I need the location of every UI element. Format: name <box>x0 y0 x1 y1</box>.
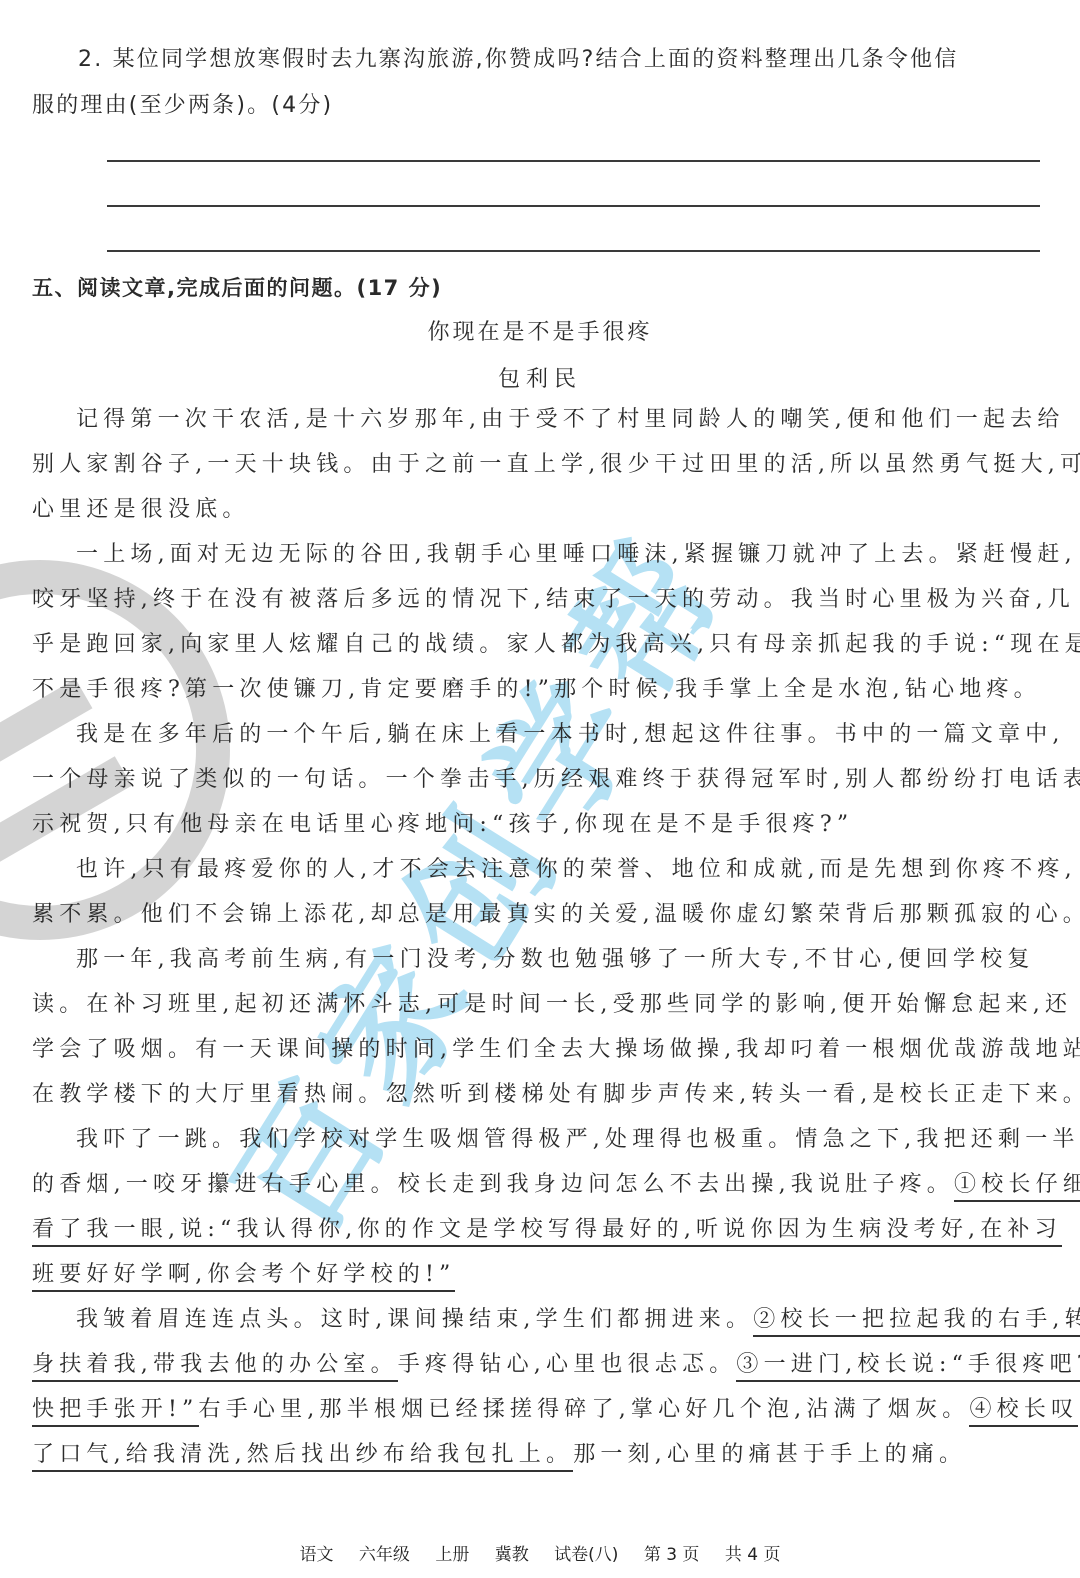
article-line: 别人家割谷子,一天十块钱。由于之前一直上学,很少干过田里的活,所以虽然勇气挺大,… <box>32 450 1042 480</box>
underlined-sentence-3: ③一进门,校长说:“手很疼吧? <box>736 1352 1080 1382</box>
footer-volume: 上册 <box>435 1545 469 1565</box>
exam-page: 百家创学帮 2. 某位同学想放寒假时去九寨沟旅游,你赞成吗?结合上面的资料整理出… <box>0 0 1080 1578</box>
article-line: 我是在多年后的一个午后,躺在床上看一本书时,想起这件往事。书中的一篇文章中, <box>32 720 1042 750</box>
article-line: 快把手张开!”右手心里,那半根烟已经揉搓得碎了,掌心好几个泡,沾满了烟灰。④校长… <box>32 1395 1042 1425</box>
underlined-sentence-2: ②校长一把拉起我的右手,转 <box>753 1307 1080 1337</box>
article-line: 一上场,面对无边无际的谷田,我朝手心里唾口唾沫,紧握镰刀就冲了上去。紧赶慢赶, <box>32 540 1042 570</box>
answer-line-2[interactable] <box>107 205 1040 207</box>
article-line: 我吓了一跳。我们学校对学生吸烟管得极严,处理得也极重。情急之下,我把还剩一半 <box>32 1125 1042 1155</box>
question-2-line-1: 2. 某位同学想放寒假时去九寨沟旅游,你赞成吗?结合上面的资料整理出几条令他信 <box>32 45 1044 75</box>
article-title: 你现在是不是手很疼 <box>0 315 1080 346</box>
article-line: 那一年,我高考前生病,有一门没考,分数也勉强够了一所大专,不甘心,便回学校复 <box>32 945 1042 975</box>
underlined-sentence-1: 看了我一眼,说:“我认得你,你的作文是学校写得最好的,听说你因为生病没考好,在补… <box>32 1217 1062 1247</box>
footer-total-pages: 共 4 页 <box>725 1545 781 1565</box>
underlined-sentence-3: 快把手张开!” <box>32 1397 199 1427</box>
article-line: 学会了吸烟。有一天课间操的时间,学生们全去大操场做操,我却叼着一根烟优哉游哉地站 <box>32 1035 1042 1065</box>
article-line: 班要好好学啊,你会考个好学校的!” <box>32 1260 1042 1290</box>
footer-grade: 六年级 <box>359 1545 410 1565</box>
underlined-sentence-4: 了口气,给我清洗,然后找出纱布给我包扎上。 <box>32 1442 573 1472</box>
question-2-line-2: 服的理由(至少两条)。(4分) <box>32 91 1042 121</box>
article-line: 咬牙坚持,终于在没有被落后多远的情况下,结束了一天的劳动。我当时心里极为兴奋,几 <box>32 585 1042 615</box>
underlined-sentence-1: 班要好好学啊,你会考个好学校的!” <box>32 1262 455 1292</box>
footer-subject: 语文 <box>300 1545 334 1565</box>
article-line: 心里还是很没底。 <box>32 495 1042 525</box>
underlined-sentence-2: 身扶着我,带我去他的办公室。 <box>32 1352 398 1382</box>
plain-text: 右手心里,那半根烟已经揉搓得碎了,掌心好几个泡,沾满了烟灰。 <box>199 1397 970 1422</box>
footer-paper: 试卷(八) <box>554 1545 618 1565</box>
footer-page-number: 第 3 页 <box>644 1545 700 1565</box>
article-line: 示祝贺,只有他母亲在电话里心疼地问:“孩子,你现在是不是手很疼?” <box>32 810 1042 840</box>
article-line: 也许,只有最疼爱你的人,才不会去注意你的荣誉、地位和成就,而是先想到你疼不疼, <box>32 855 1042 885</box>
article-line: 读。在补习班里,起初还满怀斗志,可是时间一长,受那些同学的影响,便开始懈怠起来,… <box>32 990 1042 1020</box>
footer-edition: 冀教 <box>495 1545 529 1565</box>
article-line: 身扶着我,带我去他的办公室。手疼得钻心,心里也很忐忑。③一进门,校长说:“手很疼… <box>32 1350 1042 1380</box>
article-line: 累不累。他们不会锦上添花,却总是用最真实的关爱,温暖你虚幻繁荣背后那颗孤寂的心。 <box>32 900 1042 930</box>
plain-text: 的香烟,一咬牙攥进右手心里。校长走到我身边问怎么不去出操,我说肚子疼。 <box>32 1172 954 1197</box>
article-line: 的香烟,一咬牙攥进右手心里。校长走到我身边问怎么不去出操,我说肚子疼。①校长仔细 <box>32 1170 1042 1200</box>
answer-line-3[interactable] <box>107 250 1040 252</box>
answer-line-1[interactable] <box>107 160 1040 162</box>
underlined-sentence-4: ④校长叹 <box>969 1397 1078 1427</box>
article-author: 包利民 <box>0 362 1080 393</box>
article-line: 不是手很疼?第一次使镰刀,肯定要磨手的!”那个时候,我手掌上全是水泡,钻心地疼。 <box>32 675 1042 705</box>
article-line: 记得第一次干农活,是十六岁那年,由于受不了村里同龄人的嘲笑,便和他们一起去给 <box>32 405 1042 435</box>
article-line: 在教学楼下的大厅里看热闹。忽然听到楼梯处有脚步声传来,转头一看,是校长正走下来。 <box>32 1080 1042 1110</box>
article-line: 了口气,给我清洗,然后找出纱布给我包扎上。那一刻,心里的痛甚于手上的痛。 <box>32 1440 1042 1470</box>
article-line: 我皱着眉连连点头。这时,课间操结束,学生们都拥进来。②校长一把拉起我的右手,转 <box>32 1305 1042 1335</box>
plain-text: 我皱着眉连连点头。这时,课间操结束,学生们都拥进来。 <box>76 1307 753 1332</box>
underlined-sentence-1: ①校长仔细 <box>954 1172 1080 1202</box>
article-line: 一个母亲说了类似的一句话。一个拳击手,历经艰难终于获得冠军时,别人都纷纷打电话表 <box>32 765 1042 795</box>
plain-text: 那一刻,心里的痛甚于手上的痛。 <box>573 1442 966 1467</box>
article-line: 乎是跑回家,向家里人炫耀自己的战绩。家人都为我高兴,只有母亲抓起我的手说:“现在… <box>32 630 1042 660</box>
page-footer: 语文 六年级 上册 冀教 试卷(八) 第 3 页 共 4 页 <box>0 1540 1080 1565</box>
plain-text: 手疼得钻心,心里也很忐忑。 <box>398 1352 737 1377</box>
article-line: 看了我一眼,说:“我认得你,你的作文是学校写得最好的,听说你因为生病没考好,在补… <box>32 1215 1042 1245</box>
section-5-heading: 五、阅读文章,完成后面的问题。(17 分) <box>32 272 442 302</box>
